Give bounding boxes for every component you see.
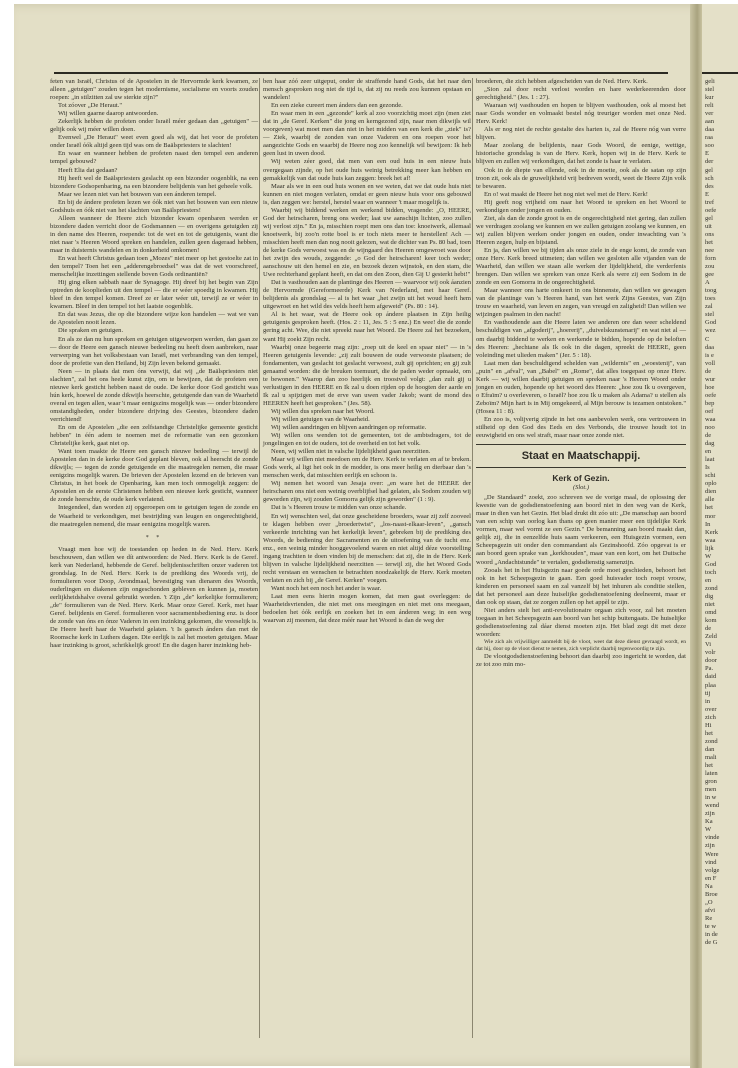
paragraph: Wij willen ons wenden tot de gemeenten, … — [263, 432, 471, 448]
paragraph: Laat men dan beschuldigend schelden van … — [476, 360, 686, 416]
text-fragment: hoe — [705, 384, 738, 392]
paragraph: Al is het waar, wat de Heere ook op ánde… — [263, 311, 471, 343]
text-fragment: uit — [705, 223, 738, 231]
text-fragment: wend — [705, 802, 738, 810]
text-fragment: laat — [705, 456, 738, 464]
text-fragment: plaa — [705, 682, 738, 690]
text-fragment: ons — [705, 231, 738, 239]
paragraph: Dat is 's Heeren trouw te midden van onz… — [263, 504, 471, 512]
text-fragment: oefe — [705, 207, 738, 215]
column-2-body: ben haar zóó zeer uitgeput, onder de str… — [263, 78, 471, 625]
section-title: Staat en Maatschappij. — [476, 449, 686, 463]
text-fragment: zijn — [705, 810, 738, 818]
paragraph: „De Standaard" zoekt, zoo schreven we de… — [476, 494, 686, 566]
paragraph: Maar als we in een oud huis wonen en we … — [263, 183, 471, 207]
text-fragment: forn — [705, 255, 738, 263]
text-fragment: wur — [705, 376, 738, 384]
text-fragment: het — [705, 239, 738, 247]
paragraph: Hij geeft nog vrijheid om naar het Woord… — [476, 199, 686, 215]
text-fragment: Re — [705, 915, 738, 923]
text-fragment: ver — [705, 110, 738, 118]
section-rule-top — [476, 444, 686, 445]
text-fragment: oef — [705, 408, 738, 416]
text-fragment: door — [705, 657, 738, 665]
text-fragment: „O — [705, 899, 738, 907]
paragraph: Wij willen dus spreken naar het Woord. — [263, 408, 471, 416]
text-fragment: omd — [705, 609, 738, 617]
text-fragment: dan — [705, 746, 738, 754]
paragraph: Wij nemen het woord van Jesaja over: „en… — [263, 480, 471, 504]
text-fragment: vind — [705, 859, 738, 867]
paragraph: Ziet, als dan de zonde groot is en de on… — [476, 215, 686, 247]
paragraph: Heeft Elia dat gedaan? — [50, 167, 258, 175]
text-fragment: lijk — [705, 545, 738, 553]
text-fragment: in w — [705, 794, 738, 802]
text-fragment: toes — [705, 295, 738, 303]
text-fragment: Vi — [705, 641, 738, 649]
text-fragment: afvi — [705, 907, 738, 915]
paragraph: En waar men in een „gezonde" kerk al zoo… — [263, 110, 471, 158]
text-fragment: stel — [705, 86, 738, 94]
text-fragment: voll — [705, 360, 738, 368]
paragraph: Ook in de diepte van ellende, ook in de … — [476, 167, 686, 191]
column-divider — [472, 78, 473, 1038]
text-fragment: bep — [705, 400, 738, 408]
text-fragment: kom — [705, 617, 738, 625]
text-fragment: zich — [705, 714, 738, 722]
paragraph: Maar wij willen niet meedoen om de Herv.… — [263, 456, 471, 480]
text-fragment: en F — [705, 875, 738, 883]
paragraph: feten van Israël, Christus of de Apostel… — [50, 78, 258, 102]
paragraph: En vasthoudende aan die Heere laten we a… — [476, 319, 686, 359]
text-fragment: in de — [705, 931, 738, 939]
section-rule-bottom — [476, 467, 686, 468]
text-fragment: dien — [705, 488, 738, 496]
paragraph: En dat was Jezus, die op die bizondere w… — [50, 311, 258, 327]
text-fragment: is e — [705, 352, 738, 360]
column-1-continued: Vraagt men hoe wij de toestanden op hede… — [50, 546, 258, 651]
text-fragment: dag — [705, 440, 738, 448]
paragraph: Als er nog niet de rechte gestalte des h… — [476, 126, 686, 142]
text-fragment: zal — [705, 303, 738, 311]
text-fragment: zond — [705, 738, 738, 746]
paragraph: broederen, die zich hebben afgescheiden … — [476, 78, 686, 86]
text-fragment: en — [705, 577, 738, 585]
text-fragment: over — [705, 706, 738, 714]
paragraph: ben haar zóó zeer uitgeput, onder de str… — [263, 78, 471, 102]
text-fragment: Broe — [705, 891, 738, 899]
paragraph: Neen — in plaats dat men óns verwijt, da… — [50, 368, 258, 424]
text-fragment: God — [705, 561, 738, 569]
text-fragment: gron — [705, 778, 738, 786]
paragraph: En waar en wanneer hebben de profeten na… — [50, 150, 258, 166]
text-fragment: E — [705, 150, 738, 158]
header-rule — [54, 72, 668, 74]
paragraph: Want noch het een noch het ander is waar… — [263, 585, 471, 593]
text-fragment: zond — [705, 585, 738, 593]
column-divider — [259, 78, 260, 1038]
paragraph: En wat heeft Christus gedaan toen „Mozes… — [50, 255, 258, 279]
text-fragment: noo — [705, 424, 738, 432]
text-fragment: nee — [705, 247, 738, 255]
text-fragment: W — [705, 553, 738, 561]
text-fragment: de — [705, 432, 738, 440]
text-fragment: Kerk — [705, 529, 738, 537]
text-fragment: oplo — [705, 480, 738, 488]
paragraph: En o! wat maakt de Heere het nog niet we… — [476, 191, 686, 199]
adjacent-header-rule — [702, 72, 738, 74]
article-closing: De vlootgodsdienstoefening behoort dan d… — [476, 653, 686, 669]
text-fragment: toch — [705, 569, 738, 577]
text-fragment: daid — [705, 673, 738, 681]
text-fragment: Zeld — [705, 633, 738, 641]
text-fragment: Is — [705, 464, 738, 472]
text-fragment: kur — [705, 94, 738, 102]
text-fragment: E — [705, 191, 738, 199]
column-3-body: broederen, die zich hebben afgescheiden … — [476, 78, 686, 440]
text-fragment: toog — [705, 287, 738, 295]
text-fragment: Hi — [705, 722, 738, 730]
paragraph: Waarbij wij biddend werken en werkend bi… — [263, 207, 471, 279]
text-fragment: tref — [705, 199, 738, 207]
text-fragment: mali — [705, 754, 738, 762]
text-fragment: zou — [705, 263, 738, 271]
article-body: „De Standaard" zoekt, zoo schreven we de… — [476, 494, 686, 639]
paragraph: „Sion zal door recht verlost worden en h… — [476, 86, 686, 102]
text-fragment: zijn — [705, 842, 738, 850]
text-fragment: daa — [705, 126, 738, 134]
paragraph: Wij willen gaarne daarop antwoorden. — [50, 110, 258, 118]
text-fragment: des — [705, 183, 738, 191]
paragraph: Hij heeft wel de Baälspriesters geslacht… — [50, 175, 258, 191]
text-fragment: vinde — [705, 834, 738, 842]
article-subtitle: (Slot.) — [476, 484, 686, 492]
text-fragment: gel — [705, 167, 738, 175]
text-fragment: waa — [705, 416, 738, 424]
text-fragment: Pa. — [705, 665, 738, 673]
paragraph: Neen, wij willen niet in valsche lijdeli… — [263, 448, 471, 456]
paragraph: En zoo is, volijverig zijnde in het ons … — [476, 416, 686, 440]
text-fragment: Were — [705, 851, 738, 859]
text-fragment: te w — [705, 923, 738, 931]
paragraph: Niet anders stelt het anti-revolutionair… — [476, 607, 686, 639]
paragraph: En bij de ándere profeten lezen we óók n… — [50, 199, 258, 215]
text-fragment: mor — [705, 513, 738, 521]
paragraph: Maar wanneer ons harte omkeert in ons bi… — [476, 287, 686, 319]
text-fragment: alle — [705, 496, 738, 504]
text-fragment: gel — [705, 215, 738, 223]
text-fragment: het — [705, 730, 738, 738]
paragraph: En een zieke cureert men ánders dan een … — [263, 102, 471, 110]
text-fragment: C — [705, 336, 738, 344]
text-fragment: God — [705, 319, 738, 327]
text-fragment: laten — [705, 770, 738, 778]
text-fragment: W — [705, 826, 738, 834]
text-fragment: geli — [705, 78, 738, 86]
text-fragment: stel — [705, 311, 738, 319]
block-quote: Wie zich als vrijwilliger aanmeldt bij d… — [476, 639, 686, 653]
paragraph: Wij weten zéer goed, dat men van een oud… — [263, 158, 471, 182]
text-fragment: oefe — [705, 392, 738, 400]
column-3: broederen, die zich hebben afgescheiden … — [476, 78, 686, 669]
text-fragment: dig — [705, 593, 738, 601]
paragraph: Waaraan wij vasthouden en hopen te blijv… — [476, 102, 686, 126]
paragraph: Laat men eens hierin mogen komen, dat me… — [263, 593, 471, 625]
page-gutter — [690, 4, 702, 1068]
text-fragment: schi — [705, 472, 738, 480]
column-1: feten van Israël, Christus of de Apostel… — [50, 78, 258, 650]
column-2: ben haar zóó zeer uitgeput, onder de str… — [263, 78, 471, 625]
paragraph: Zekerlijk hebben de profeten onder Israë… — [50, 118, 258, 134]
text-fragment: A — [705, 279, 738, 287]
text-fragment: Na — [705, 883, 738, 891]
column-1-body: feten van Israël, Christus of de Apostel… — [50, 78, 258, 529]
text-fragment: de — [705, 368, 738, 376]
text-fragment: wez — [705, 327, 738, 335]
text-fragment: volge — [705, 867, 738, 875]
text-fragment: niet — [705, 601, 738, 609]
paragraph: En om de Apostelen „die een zelfstandige… — [50, 424, 258, 448]
text-fragment: men — [705, 786, 738, 794]
paragraph: En wij wenschten wel, dat onze gescheide… — [263, 513, 471, 585]
paragraph: Zooals het in het Huisgezin naar goede o… — [476, 567, 686, 607]
text-fragment: raa — [705, 134, 738, 142]
paragraph: Hij ging elken sabbath naar de Synagoge.… — [50, 279, 258, 311]
text-fragment: de G — [705, 939, 738, 947]
paragraph: Dat is vasthouden aan de plantinge des H… — [263, 279, 471, 311]
text-fragment: de — [705, 625, 738, 633]
paragraph: Evenwel „De Heraut" weet even goed als w… — [50, 134, 258, 150]
text-fragment: het — [705, 504, 738, 512]
text-fragment: daa — [705, 344, 738, 352]
section-divider-stars: * * — [50, 534, 258, 542]
paragraph: Wij willen aandringen en blijven aandrin… — [263, 424, 471, 432]
text-fragment: volr — [705, 649, 738, 657]
text-fragment: het — [705, 762, 738, 770]
text-fragment: en — [705, 448, 738, 456]
paragraph: Die spraken en getuigen. — [50, 327, 258, 335]
paragraph: Tot zóover „De Heraut." — [50, 102, 258, 110]
text-fragment: waa — [705, 537, 738, 545]
text-fragment: der — [705, 158, 738, 166]
text-fragment: in — [705, 698, 738, 706]
text-fragment: gee — [705, 271, 738, 279]
text-fragment: aan — [705, 118, 738, 126]
text-fragment: reli — [705, 102, 738, 110]
paragraph: Wij willen getuigen van de Waarheid. — [263, 416, 471, 424]
paragraph: Maar zoolang de belijdenis, naar Gods Wo… — [476, 142, 686, 166]
paragraph: En ja, dan willen we bij tijden als onze… — [476, 247, 686, 287]
text-fragment: Ka — [705, 818, 738, 826]
text-fragment: soo — [705, 142, 738, 150]
paragraph: Want toen maakte de Heere een gansch nie… — [50, 448, 258, 504]
paragraph: Alleen wanneer de Heere zich bizonder kw… — [50, 215, 258, 255]
paragraph: En als ze dan nu hun spreken en getuigen… — [50, 336, 258, 368]
article-title: Kerk of Gezin. — [476, 472, 686, 484]
paragraph: Vraagt men hoe wij de toestanden op hede… — [50, 546, 258, 651]
text-fragment: In — [705, 521, 738, 529]
paragraph: Maar we lezen niet van het bouwen van ee… — [50, 191, 258, 199]
adjacent-page-text: gelistelkurreliveraandaaraasooEdergelsch… — [705, 78, 738, 947]
paragraph: Integendeel, dan worden zij opgeroepen o… — [50, 504, 258, 528]
paragraph: Waarbij onze begeerte mag zijn: „roep ui… — [263, 344, 471, 408]
text-fragment: sch — [705, 175, 738, 183]
text-fragment: tij — [705, 690, 738, 698]
